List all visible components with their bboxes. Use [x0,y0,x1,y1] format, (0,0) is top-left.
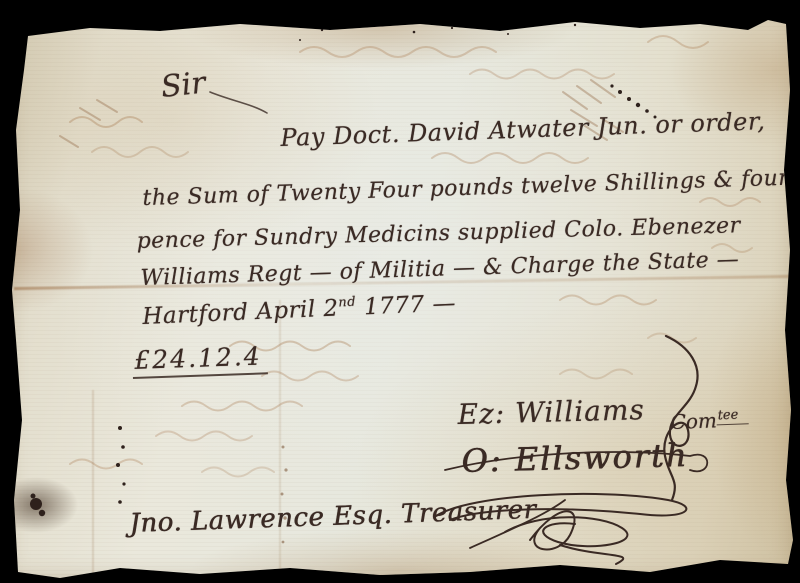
salutation: Sir [159,66,207,105]
salutation-tail-flourish [210,92,267,113]
ink-decoration-overlay [0,0,800,583]
photo-background: Sir Pay Doct. David Atwater Jun. or orde… [0,0,800,583]
amount-due: £24.12.4 [132,341,268,379]
document-paper: Sir Pay Doct. David Atwater Jun. or orde… [0,0,800,583]
date-ordinal-superscript: nd [338,295,356,311]
committee-abbreviation: Comtee [670,407,749,434]
committee-superscript: tee [716,407,748,425]
signature-ellsworth: O: Ellsworth [461,436,689,480]
date-year: 1777 — [356,290,457,320]
vertical-fold-crease-left [92,390,94,575]
vertical-fold-crease-center [279,300,281,578]
signature-flourishes [210,92,707,564]
ellsworth-underflourish-3 [560,545,623,564]
committee-prefix: Com [670,408,717,434]
signature-ez-williams: Ez: Williams [457,393,645,431]
